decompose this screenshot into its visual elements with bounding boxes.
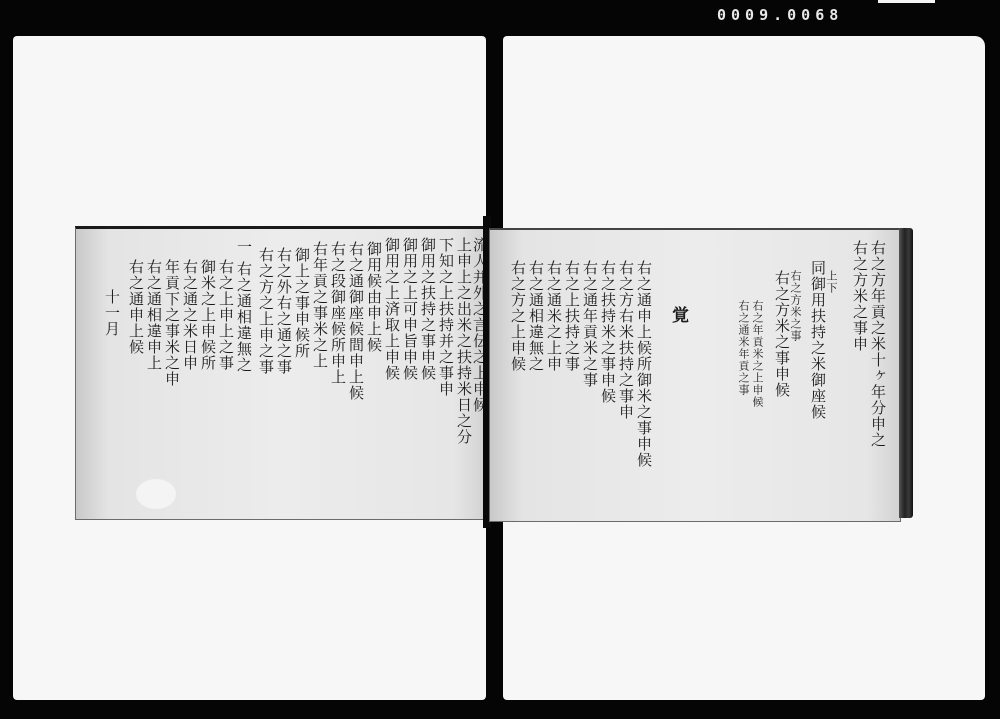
text-column: 御上之事申候所	[294, 247, 309, 359]
text-column: 右之通米年貢之事	[738, 300, 749, 396]
text-column: 右之方米之事申候	[774, 270, 789, 398]
text-column: 御米之上申候所	[200, 259, 215, 371]
heading-oboe: 覚	[670, 306, 685, 324]
text-column: 右之上申上之事	[218, 259, 233, 371]
manuscript-book: 流人并外之言伝之上申候 上申上之出米之扶持米日之分 下知之上扶持并之事申 御用之…	[75, 226, 913, 524]
text-column: 右之方米之事申	[852, 240, 867, 352]
text-column: 右之上扶持之事	[564, 260, 579, 372]
text-column: 右年貢之事米之上	[312, 241, 327, 369]
text-column: 上申上之出米之扶持米日之分	[456, 237, 471, 445]
text-column: 御用之上可申旨申候	[402, 237, 417, 381]
text-column: 右之外右之通之事	[276, 247, 291, 375]
paper-stain	[136, 479, 176, 509]
text-column: 右之通申上候	[128, 259, 143, 355]
text-column: 年貢下之事米之申	[164, 259, 179, 387]
text-column: 右之年貢米之上申候	[752, 300, 763, 408]
text-column: 同御用扶持之米御座候	[810, 260, 825, 420]
text-column: 右之方之上申候	[510, 260, 525, 372]
text-column: 右之方米之事	[790, 270, 801, 342]
text-column: 一 右之通相違無之	[236, 239, 251, 373]
text-column: 御用之扶持之事申候	[420, 237, 435, 381]
date-column: 十一月	[104, 289, 119, 337]
text-column: 右之通相違申上	[146, 259, 161, 371]
text-column: 右之通申上候所御米之事申候	[636, 260, 651, 468]
frame-number: 0009.0068	[717, 6, 843, 24]
text-column: 右之方右米扶持之事申	[618, 260, 633, 420]
text-column: 右之段御座候所申上	[330, 241, 345, 385]
text-column: 右之通米之上申	[546, 260, 561, 372]
text-column: 上下	[826, 270, 837, 294]
text-column: 右之方年貢之米十ヶ年分申之	[870, 240, 885, 448]
left-page: 流人并外之言伝之上申候 上申上之出米之扶持米日之分 下知之上扶持并之事申 御用之…	[75, 226, 487, 520]
text-column: 下知之上扶持并之事申	[438, 237, 453, 397]
text-column: 右之扶持米之事申候	[600, 260, 615, 404]
film-edge-mark	[878, 0, 935, 3]
text-column: 右之通年貢米之事	[582, 260, 597, 388]
text-column: 御用候由申上候	[366, 241, 381, 353]
book-fore-edge	[899, 228, 913, 518]
text-column: 右之通相違無之	[528, 260, 543, 372]
text-column: 御用之上済取上申候	[384, 237, 399, 381]
text-column: 右之通之米日申	[182, 259, 197, 371]
right-page: 右之方年貢之米十ヶ年分申之 右之方米之事申 上下 同御用扶持之米御座候 右之方米…	[489, 228, 901, 522]
text-column: 右之通御座候間申上候	[348, 241, 363, 401]
text-column: 右之方之上申之事	[258, 247, 273, 375]
